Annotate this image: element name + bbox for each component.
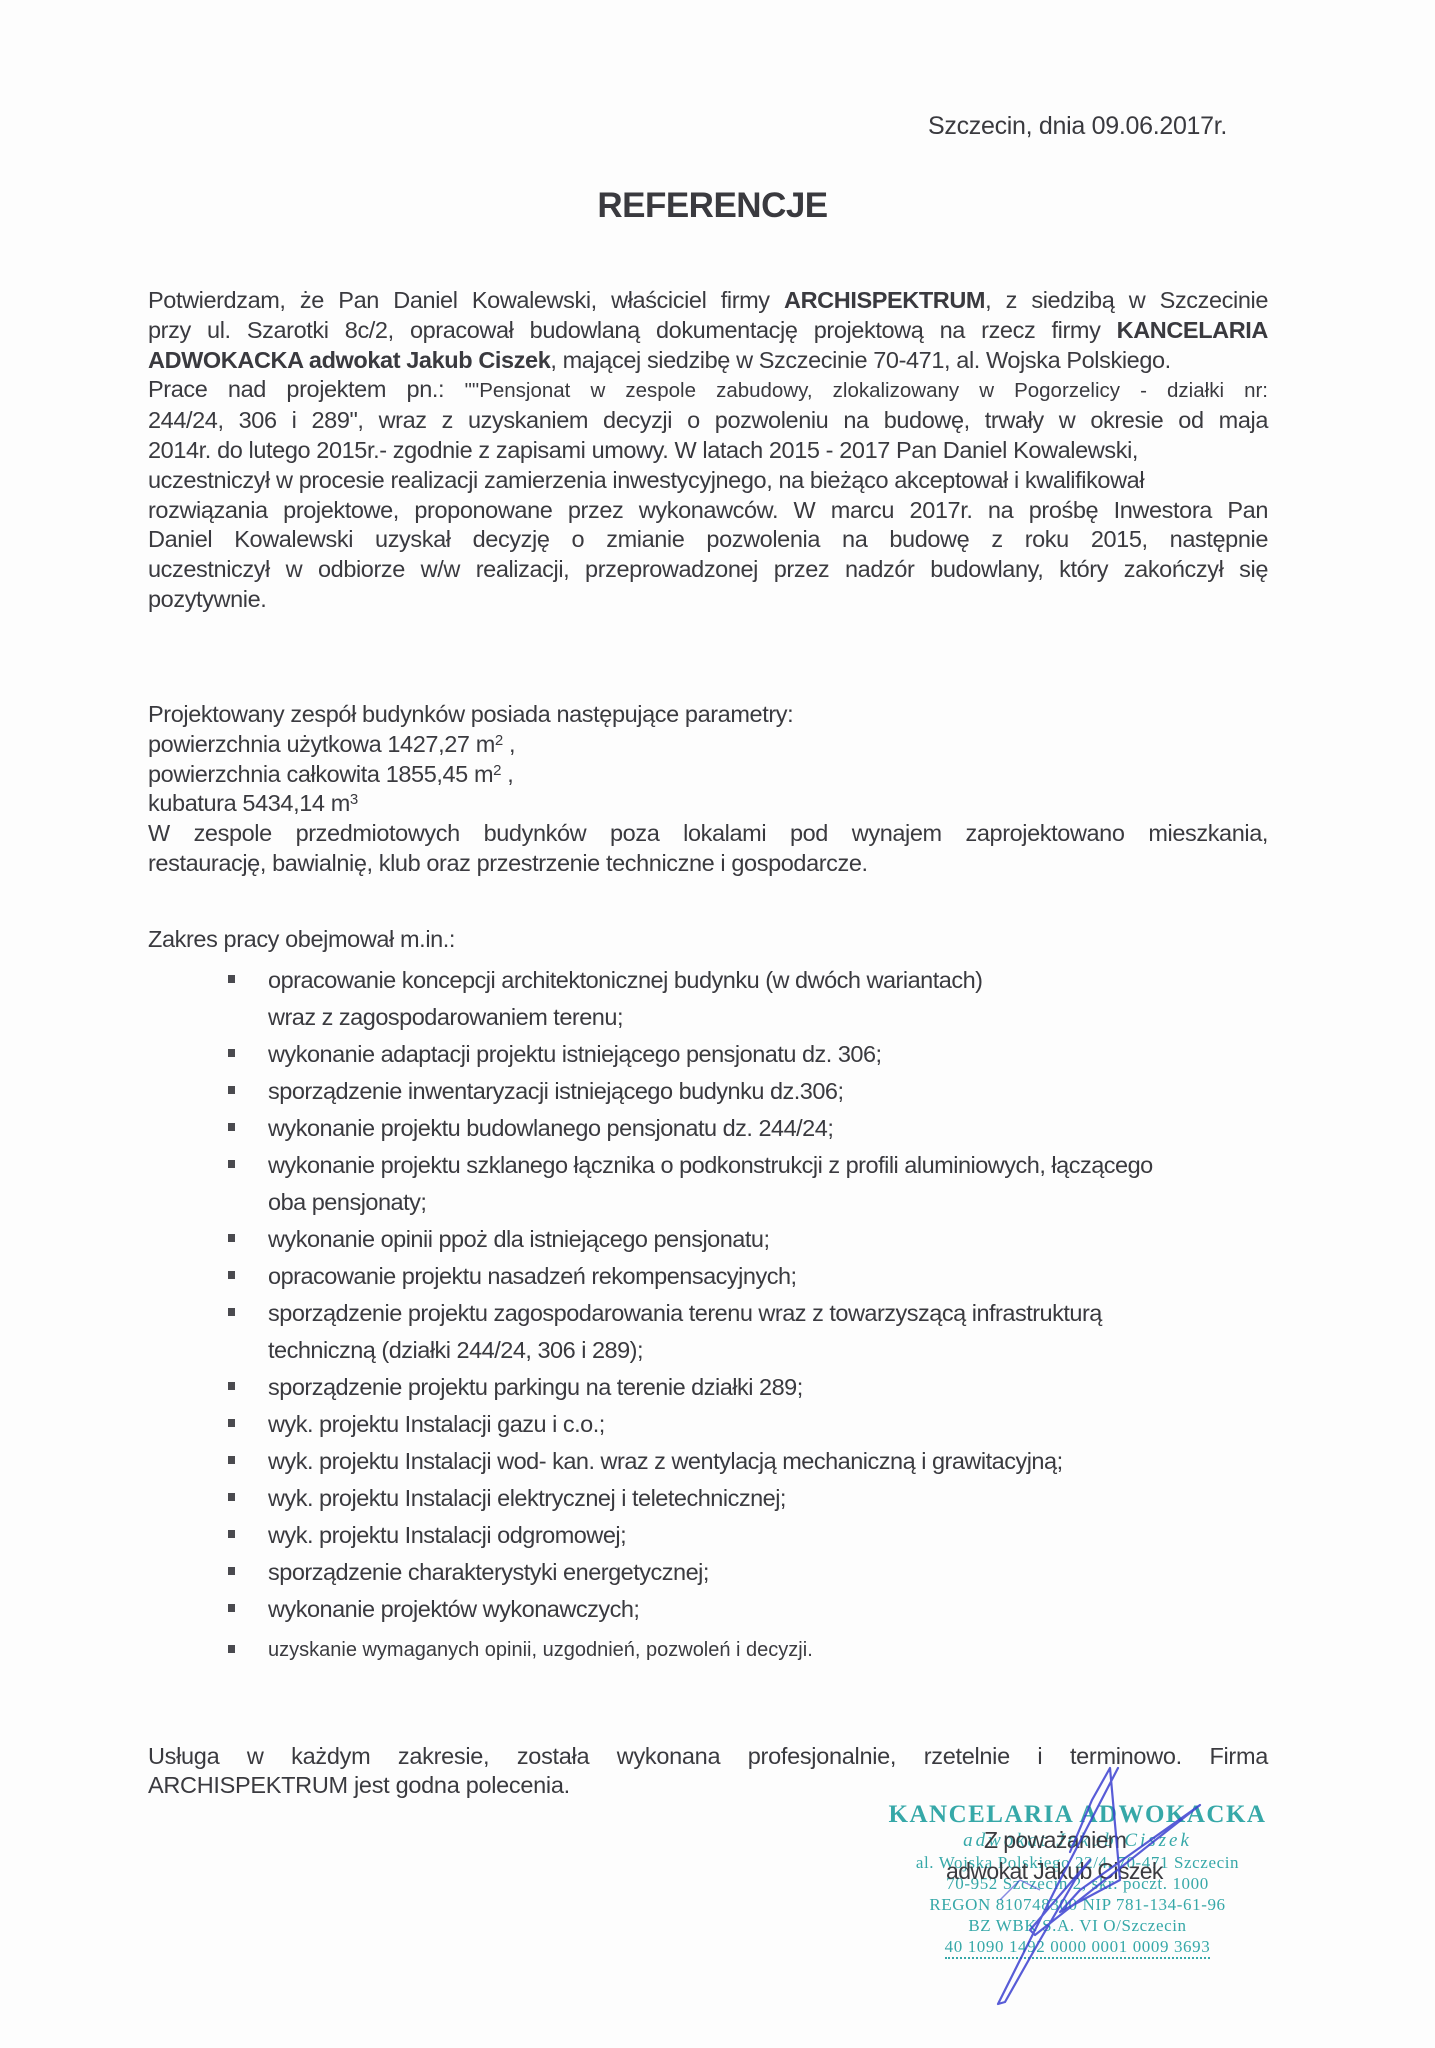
square-bullet-icon [228, 1160, 235, 1168]
intro-line: rozwiązania projektowe, proponowane prze… [148, 496, 1268, 526]
square-bullet-icon [228, 1530, 235, 1538]
scope-list-item: sporządzenie inwentaryzacji istniejącego… [228, 1073, 1288, 1110]
stamp-account: 40 1090 1492 0000 0001 0009 3693 [945, 1936, 1211, 1959]
intro-line: 2014r. do lutego 2015r.- zgodnie z zapis… [148, 436, 1268, 466]
parameter-total-area: powierzchnia całkowita 1855,45 m2 , [148, 760, 1268, 790]
intro-paragraph: Potwierdzam, że Pan Daniel Kowalewski, w… [148, 286, 1268, 615]
stamp-bank: BZ WBK S.A. VI O/Szczecin [880, 1915, 1275, 1936]
square-bullet-icon [228, 1049, 235, 1057]
square-bullet-icon [228, 1419, 235, 1427]
parameters-heading: Projektowany zespół budynków posiada nas… [148, 700, 1268, 730]
scope-list-item: uzyskanie wymaganych opinii, uzgodnień, … [228, 1632, 1288, 1669]
intro-line: pozytywnie. [148, 585, 1268, 615]
scope-list-item: sporządzenie projektu zagospodarowania t… [228, 1295, 1288, 1369]
square-bullet-icon [228, 975, 235, 983]
scope-list-item: sporządzenie charakterystyki energetyczn… [228, 1554, 1288, 1591]
stamp-name: KANCELARIA ADWOKACKA [880, 1800, 1275, 1830]
regards-text: Z poważaniem [984, 1827, 1126, 1854]
square-bullet-icon [228, 1308, 235, 1316]
scope-list-item: wyk. projektu Instalacji wod- kan. wraz … [228, 1443, 1288, 1480]
parameters-section: Projektowany zespół budynków posiada nas… [148, 700, 1268, 879]
square-bullet-icon [228, 1456, 235, 1464]
closing-line-2: ARCHISPEKTRUM jest godna polecenia. [148, 1771, 1268, 1800]
intro-line: uczestniczył w odbiorze w/w realizacji, … [148, 555, 1268, 585]
parameter-usable-area: powierzchnia użytkowa 1427,27 m2 , [148, 730, 1268, 760]
scope-list-item: wykonanie projektu szklanego łącznika o … [228, 1147, 1288, 1221]
scope-heading: Zakres pracy obejmował m.in.: [148, 926, 455, 953]
scope-list-item: wyk. projektu Instalacji elektrycznej i … [228, 1480, 1288, 1517]
scope-list-item: wykonanie opinii ppoż dla istniejącego p… [228, 1221, 1288, 1258]
intro-line: uczestniczył w procesie realizacji zamie… [148, 466, 1268, 496]
scope-list-item: wykonanie adaptacji projektu istniejąceg… [228, 1036, 1288, 1073]
scope-list-item: sporządzenie projektu parkingu na tereni… [228, 1369, 1288, 1406]
parameters-note-line-1: W zespole przedmiotowych budynków poza l… [148, 819, 1268, 849]
intro-line: przy ul. Szarotki 8c/2, opracował budowl… [148, 316, 1268, 346]
square-bullet-icon [228, 1123, 235, 1131]
scope-list: opracowanie koncepcji architektonicznej … [228, 962, 1288, 1669]
scope-list-item: wyk. projektu Instalacji gazu i c.o.; [228, 1406, 1288, 1443]
stamp-regon-nip: REGON 810748300 NIP 781-134-61-96 [880, 1894, 1275, 1915]
scope-list-item: opracowanie koncepcji architektonicznej … [228, 962, 1288, 1036]
intro-line: 244/24, 306 i 289", wraz z uzyskaniem de… [148, 406, 1268, 436]
parameter-volume: kubatura 5434,14 m3 [148, 789, 1268, 819]
closing-paragraph: Usługa w każdym zakresie, została wykona… [148, 1742, 1268, 1800]
square-bullet-icon [228, 1086, 235, 1094]
date-line: Szczecin, dnia 09.06.2017r. [928, 112, 1227, 141]
square-bullet-icon [228, 1271, 235, 1279]
scope-list-item: wykonanie projektów wykonawczych; [228, 1591, 1288, 1628]
intro-line: ADWOKACKA adwokat Jakub Ciszek, mającej … [148, 346, 1268, 376]
square-bullet-icon [228, 1382, 235, 1390]
parameters-note-line-2: restaurację, bawialnię, klub oraz przest… [148, 849, 1268, 879]
scope-list-item: wykonanie projektu budowlanego pensjonat… [228, 1110, 1288, 1147]
scope-list-item: wyk. projektu Instalacji odgromowej; [228, 1517, 1288, 1554]
document-title: REFERENCJE [0, 186, 1425, 226]
intro-line: Prace nad projektem pn.: ""Pensjonat w z… [148, 375, 1268, 406]
square-bullet-icon [228, 1493, 235, 1501]
scope-list-item: opracowanie projektu nasadzeń rekompensa… [228, 1258, 1288, 1295]
letter-page: Szczecin, dnia 09.06.2017r. REFERENCJE P… [0, 0, 1435, 2048]
signer-name: adwokat Jakub Ciszek [946, 1858, 1163, 1885]
square-bullet-icon [228, 1645, 235, 1653]
square-bullet-icon [228, 1234, 235, 1242]
intro-line: Potwierdzam, że Pan Daniel Kowalewski, w… [148, 286, 1268, 316]
intro-line: Daniel Kowalewski uzyskał decyzję o zmia… [148, 525, 1268, 555]
closing-line-1: Usługa w każdym zakresie, została wykona… [148, 1742, 1268, 1771]
square-bullet-icon [228, 1604, 235, 1612]
square-bullet-icon [228, 1567, 235, 1575]
